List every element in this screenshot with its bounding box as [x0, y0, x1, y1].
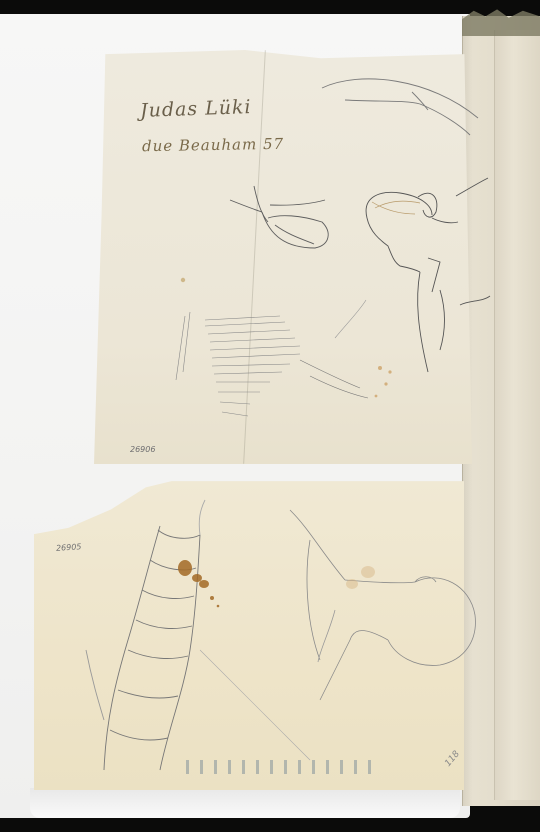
inventory-number-top: 26906 — [130, 445, 155, 454]
scanned-sketchbook-page: Judas Lüki due Beauham 57 26906 26905 11… — [0, 0, 540, 832]
inventory-number-bottom: 26905 — [56, 542, 82, 553]
bottom-sketch-sheet — [34, 478, 464, 790]
mount-bottom-flap — [30, 788, 460, 818]
album-spine-backing — [494, 30, 540, 800]
blue-stain-strip — [180, 760, 380, 774]
torn-spine-edge — [462, 8, 540, 36]
inscription-line-2: due Beauham 57 — [142, 135, 284, 155]
inscription-line-1: Judas Lüki — [140, 96, 252, 122]
